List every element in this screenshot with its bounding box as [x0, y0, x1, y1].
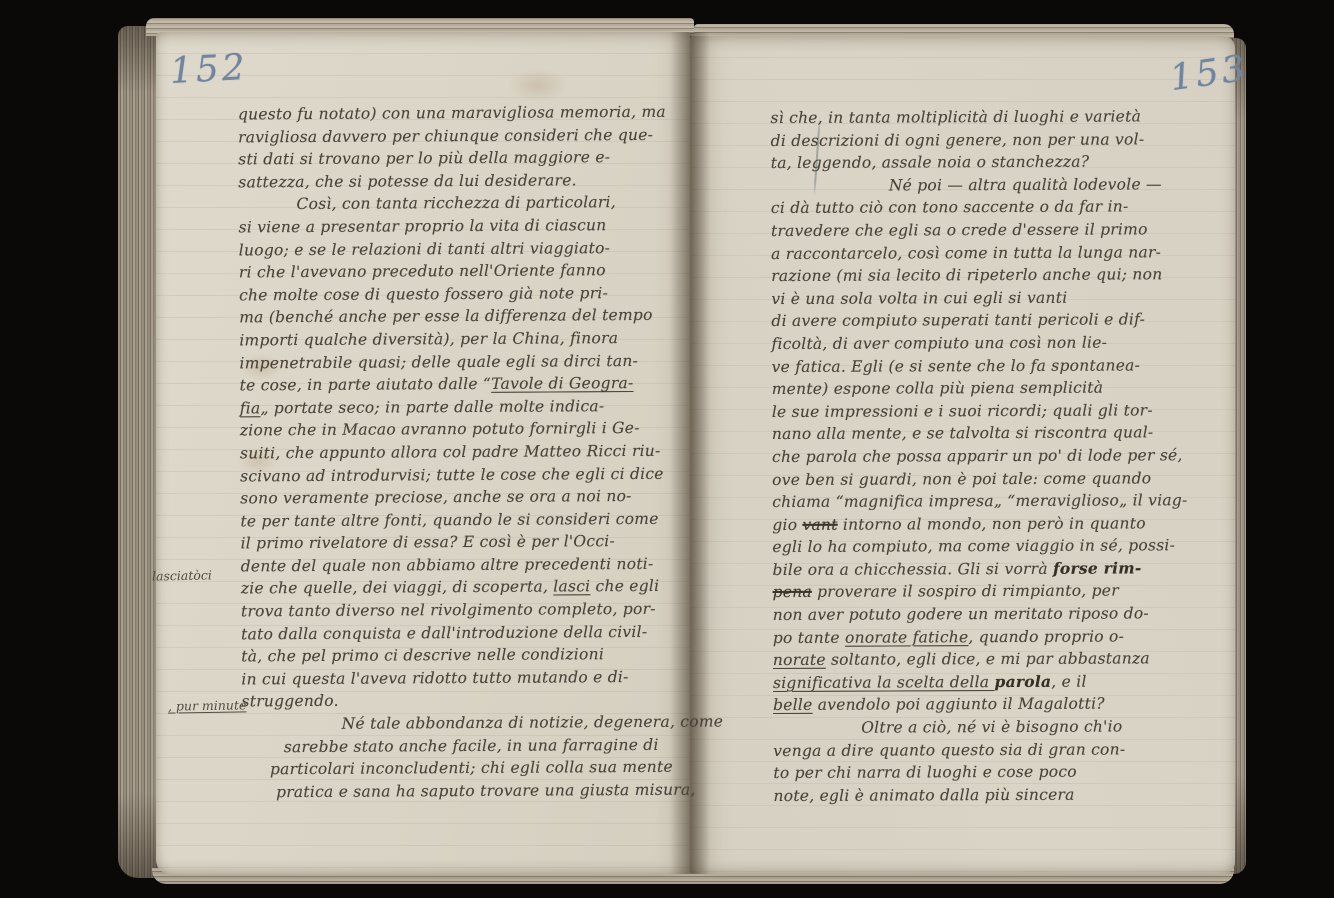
manuscript-text-segment: venga a dire quanto questo sia di gran c…: [773, 740, 1125, 760]
page-number-left: 152: [169, 50, 248, 90]
manuscript-text-segment: pratica e sana ha saputo trovare una giu…: [276, 780, 696, 801]
manuscript-text-segment: non aver potuto godere un meritato ripos…: [773, 604, 1149, 624]
manuscript-line: non aver potuto godere un meritato ripos…: [773, 602, 1235, 627]
manuscript-line: che molte cose di questo fossero già not…: [239, 281, 691, 306]
manuscript-line: Né tale abbondanza di notizie, degenera,…: [242, 711, 694, 736]
manuscript-text-segment: te per tante altre fonti, quando le si c…: [240, 510, 658, 531]
manuscript-text-segment: tà, che pel primo ci descrive nelle cond…: [241, 645, 604, 665]
manuscript-text-segment: scivano ad introdurvisi; tutte le cose c…: [240, 464, 664, 485]
manuscript-line: norate soltanto, egli dice, e mi par abb…: [773, 647, 1235, 672]
manuscript-line: belle avendolo poi aggiunto il Magalotti…: [773, 692, 1235, 717]
manuscript-text-segment: travedere che egli sa o crede d'essere i…: [771, 220, 1148, 240]
manuscript-line: questo fu notato) con una maravigliosa m…: [238, 101, 690, 126]
manuscript-text-segment: impenetrabile quasi; delle quale egli sa…: [239, 351, 638, 371]
manuscript-text-segment: chiama “magnifica impresa„ “meraviglioso…: [772, 491, 1187, 511]
manuscript-line: suiti, che appunto allora col padre Matt…: [240, 440, 692, 465]
manuscript-line: zie che quelle, dei viaggi, di scoperta,…: [241, 575, 693, 600]
manuscript-text-segment: , quando proprio o-: [968, 627, 1124, 646]
manuscript-text-segment: Tavole di Geogra-: [491, 374, 633, 393]
manuscript-text-segment: sono veramente preciose, anche se ora a …: [240, 487, 631, 507]
manuscript-line: di descrizioni di ogni genere, non per u…: [771, 128, 1233, 153]
manuscript-line: dente del quale non abbiamo altre preced…: [241, 552, 693, 577]
manuscript-text-segment: zione che in Macao avranno potuto fornir…: [240, 419, 640, 439]
manuscript-text-segment: gio: [772, 516, 802, 534]
manuscript-line: bile ora a chicchessia. Gli si vorrà for…: [772, 557, 1234, 582]
manuscript-text-segment: Né tale abbondanza di notizie, degenera,…: [342, 712, 724, 732]
manuscript-text-segment: ta, leggendo, assale noia o stanchezza?: [771, 153, 1090, 172]
manuscript-text-segment: dente del quale non abbiamo altre preced…: [241, 555, 654, 576]
manuscript-text-segment: soltanto, egli dice, e mi par abbastanza: [826, 650, 1150, 669]
manuscript-line: zione che in Macao avranno potuto fornir…: [240, 417, 692, 442]
manuscript-line: fia„ portate seco; in parte dalle molte …: [240, 394, 692, 419]
manuscript-line: te per tante altre fonti, quando le si c…: [240, 507, 692, 532]
manuscript-text-segment: , e il: [1051, 672, 1086, 690]
manuscript-text-segment: che parola che possa apparir un po' di l…: [772, 446, 1183, 466]
manuscript-text-segment: mente) espone colla più piena semplicità: [772, 379, 1104, 398]
manuscript-text-segment: struggendo.: [241, 692, 338, 711]
manuscript-line: te cose, in parte aiutato dalle “Tavole …: [240, 372, 692, 397]
manuscript-line: sti dati si trovano per lo più della mag…: [238, 146, 690, 171]
paper-stain: [508, 68, 568, 102]
manuscript-text-segment: forse rim-: [1053, 558, 1142, 577]
manuscript-line: scivano ad introdurvisi; tutte le cose c…: [240, 462, 692, 487]
manuscript-line: mente) espone colla più piena semplicità: [772, 376, 1234, 401]
manuscript-text-segment: parola: [994, 672, 1051, 691]
manuscript-line: to per chi narra di luoghi e cose poco: [773, 760, 1235, 785]
manuscript-line: nano alla mente, e se talvolta si riscon…: [772, 421, 1234, 446]
manuscript-line: Né poi — altra qualità lodevole —: [771, 173, 1233, 198]
manuscript-line: pratica e sana ha saputo trovare una giu…: [242, 778, 694, 803]
manuscript-text-segment: belle: [773, 696, 813, 714]
manuscript-text-segment: sti dati si trovano per lo più della mag…: [238, 148, 610, 168]
manuscript-line: po tante onorate fatiche, quando proprio…: [773, 625, 1235, 650]
manuscript-text-segment: norate: [773, 651, 826, 669]
manuscript-line: vi è una sola volta in cui egli si vanti: [771, 286, 1233, 311]
manuscript-line: note, egli è animato dalla più sincera: [773, 783, 1235, 808]
manuscript-line: ve fatica. Egli (e si sente che lo fa sp…: [772, 354, 1234, 379]
margin-note: lasciatòci: [152, 569, 212, 583]
manuscript-line: di avere compiuto superati tanti pericol…: [771, 308, 1233, 333]
manuscript-line: ci dà tutto ciò con tono saccente o da f…: [771, 195, 1233, 220]
manuscript-text-segment: importi qualche diversità), per la China…: [239, 329, 618, 349]
manuscript-line: egli lo ha compiuto, ma come viaggio in …: [772, 534, 1234, 559]
manuscript-text-segment: tato dalla conquista e dall'introduzione…: [241, 623, 647, 643]
manuscript-text-segment: il primo rivelatore di essa? E così è pe…: [240, 532, 614, 552]
manuscript-line: ma (benché anche per esse la differenza …: [239, 304, 691, 329]
manuscript-line: ta, leggendo, assale noia o stanchezza?: [771, 150, 1233, 175]
manuscript-text-segment: proverare il sospiro di rimpianto, per: [812, 582, 1119, 601]
manuscript-line: ri che l'avevano preceduto nell'Oriente …: [239, 259, 691, 284]
manuscript-line: trova tanto diverso nel rivolgimento com…: [241, 598, 693, 623]
manuscript-text-segment: luogo; e se le relazioni di tanti altri …: [239, 239, 610, 259]
manuscript-text-segment: te cose, in parte aiutato dalle “: [240, 375, 492, 395]
manuscript-line: tato dalla conquista e dall'introduzione…: [241, 620, 693, 645]
manuscript-text-segment: che molte cose di questo fossero già not…: [239, 284, 608, 304]
manuscript-text-segment: vi è una sola volta in cui egli si vanti: [771, 288, 1067, 307]
manuscript-text-segment: ci dà tutto ciò con tono saccente o da f…: [771, 198, 1129, 218]
manuscript-text-segment: vant: [802, 515, 837, 533]
manuscript-text-segment: che egli: [590, 577, 659, 595]
manuscript-line: che parola che possa apparir un po' di l…: [772, 444, 1234, 469]
manuscript-line: sarebbe stato anche facile, in una farra…: [242, 733, 694, 758]
manuscript-text-segment: significativa la scelta della: [773, 673, 995, 692]
manuscript-text-left: questo fu notato) con una maravigliosa m…: [238, 101, 694, 804]
manuscript-text-segment: nano alla mente, e se talvolta si riscon…: [772, 424, 1154, 444]
manuscript-text-segment: ove ben si guardi, non è poi tale: come …: [772, 469, 1151, 489]
manuscript-line: importi qualche diversità), per la China…: [239, 327, 691, 352]
manuscript-book: 152 153 lasciatòci , pur minute questo f…: [118, 8, 1252, 890]
manuscript-text-segment: ma (benché anche per esse la differenza …: [239, 306, 653, 327]
manuscript-text-segment: zie che quelle, dei viaggi, di scoperta,: [241, 578, 554, 598]
manuscript-text-segment: to per chi narra di luoghi e cose poco: [773, 763, 1077, 782]
manuscript-text-segment: avendolo poi aggiunto il Magalotti?: [812, 695, 1104, 714]
manuscript-text-segment: fia: [240, 399, 261, 417]
manuscript-text-segment: „ portate seco; in parte dalle molte ind…: [260, 397, 604, 417]
manuscript-line: in cui questa l'aveva ridotto tutto muta…: [241, 665, 693, 690]
manuscript-text-segment: bile ora a chicchessia. Gli si vorrà: [772, 560, 1053, 579]
manuscript-line: sono veramente preciose, anche se ora a …: [240, 485, 692, 510]
manuscript-text-segment: a raccontarcelo, così come in tutta la l…: [771, 243, 1161, 263]
manuscript-text-segment: intorno al mondo, non però in quanto: [838, 514, 1146, 533]
manuscript-line: significativa la scelta della parola, e …: [773, 670, 1235, 695]
manuscript-line: struggendo.: [241, 688, 693, 713]
manuscript-text-segment: particolari inconcludenti; chi egli coll…: [270, 758, 673, 778]
manuscript-line: pena proverare il sospiro di rimpianto, …: [773, 579, 1235, 604]
manuscript-text-segment: sarebbe stato anche facile, in una farra…: [284, 735, 659, 755]
manuscript-line: Oltre a ciò, né vi è bisogno ch'io: [773, 715, 1235, 740]
manuscript-text-segment: Oltre a ciò, né vi è bisogno ch'io: [861, 718, 1122, 737]
manuscript-line: ove ben si guardi, non è poi tale: come …: [772, 466, 1234, 491]
manuscript-text-segment: Né poi — altra qualità lodevole —: [889, 175, 1162, 194]
manuscript-text-segment: di descrizioni di ogni genere, non per u…: [771, 130, 1145, 150]
manuscript-text-segment: po tante: [773, 628, 845, 646]
manuscript-line: a raccontarcelo, così come in tutta la l…: [771, 241, 1233, 266]
manuscript-text-segment: suiti, che appunto allora col padre Matt…: [240, 442, 661, 463]
manuscript-text-segment: ravigliosa davvero per chiunque consider…: [238, 125, 653, 146]
manuscript-text-segment: questo fu notato) con una maravigliosa m…: [238, 103, 666, 124]
manuscript-line: travedere che egli sa o crede d'essere i…: [771, 218, 1233, 243]
manuscript-line: sattezza, che si potesse da lui desidera…: [238, 168, 690, 193]
manuscript-text-right: sì che, in tanta moltiplicità di luoghi …: [770, 105, 1235, 807]
manuscript-line: luogo; e se le relazioni di tanti altri …: [239, 236, 691, 261]
manuscript-line: il primo rivelatore di essa? E così è pe…: [240, 530, 692, 555]
manuscript-text-segment: ri che l'avevano preceduto nell'Oriente …: [239, 261, 606, 281]
manuscript-text-segment: le sue impressioni e i suoi ricordi; qua…: [772, 401, 1153, 421]
manuscript-text-segment: sattezza, che si potesse da lui desidera…: [238, 171, 577, 191]
manuscript-line: impenetrabile quasi; delle quale egli sa…: [239, 349, 691, 374]
manuscript-line: razione (mi sia lecito di ripeterlo anch…: [771, 263, 1233, 288]
manuscript-text-segment: ficoltà, di aver compiuto una così non l…: [771, 333, 1107, 352]
manuscript-line: chiama “magnifica impresa„ “meraviglioso…: [772, 489, 1234, 514]
manuscript-text-segment: Così, con tanta ricchezza di particolari…: [296, 193, 616, 213]
manuscript-line: Così, con tanta ricchezza di particolari…: [238, 191, 690, 216]
manuscript-text-segment: ve fatica. Egli (e si sente che lo fa sp…: [772, 356, 1141, 376]
manuscript-line: particolari inconcludenti; chi egli coll…: [242, 756, 694, 781]
manuscript-text-segment: si viene a presentar proprio la vita di …: [239, 216, 607, 236]
manuscript-text-segment: pena: [773, 583, 812, 601]
manuscript-line: sì che, in tanta moltiplicità di luoghi …: [770, 105, 1232, 130]
manuscript-text-segment: in cui questa l'aveva ridotto tutto muta…: [241, 668, 628, 688]
manuscript-line: venga a dire quanto questo sia di gran c…: [773, 738, 1235, 763]
manuscript-text-segment: razione (mi sia lecito di ripeterlo anch…: [771, 265, 1162, 285]
manuscript-line: le sue impressioni e i suoi ricordi; qua…: [772, 399, 1234, 424]
manuscript-line: ravigliosa davvero per chiunque consider…: [238, 123, 690, 148]
manuscript-text-segment: lasci: [553, 578, 590, 596]
manuscript-text-segment: note, egli è animato dalla più sincera: [773, 786, 1074, 805]
manuscript-line: ficoltà, di aver compiuto una così non l…: [771, 331, 1233, 356]
manuscript-text-segment: di avere compiuto superati tanti pericol…: [771, 311, 1145, 331]
manuscript-text-segment: egli lo ha compiuto, ma come viaggio in …: [772, 537, 1175, 557]
manuscript-line: si viene a presentar proprio la vita di …: [239, 214, 691, 239]
manuscript-line: gio vant intorno al mondo, non però in q…: [772, 512, 1234, 537]
manuscript-text-segment: trova tanto diverso nel rivolgimento com…: [241, 600, 656, 621]
manuscript-text-segment: sì che, in tanta moltiplicità di luoghi …: [770, 107, 1141, 127]
margin-note: , pur minute: [168, 699, 247, 713]
manuscript-text-segment: onorate fatiche: [845, 628, 968, 647]
manuscript-line: tà, che pel primo ci descrive nelle cond…: [241, 643, 693, 668]
